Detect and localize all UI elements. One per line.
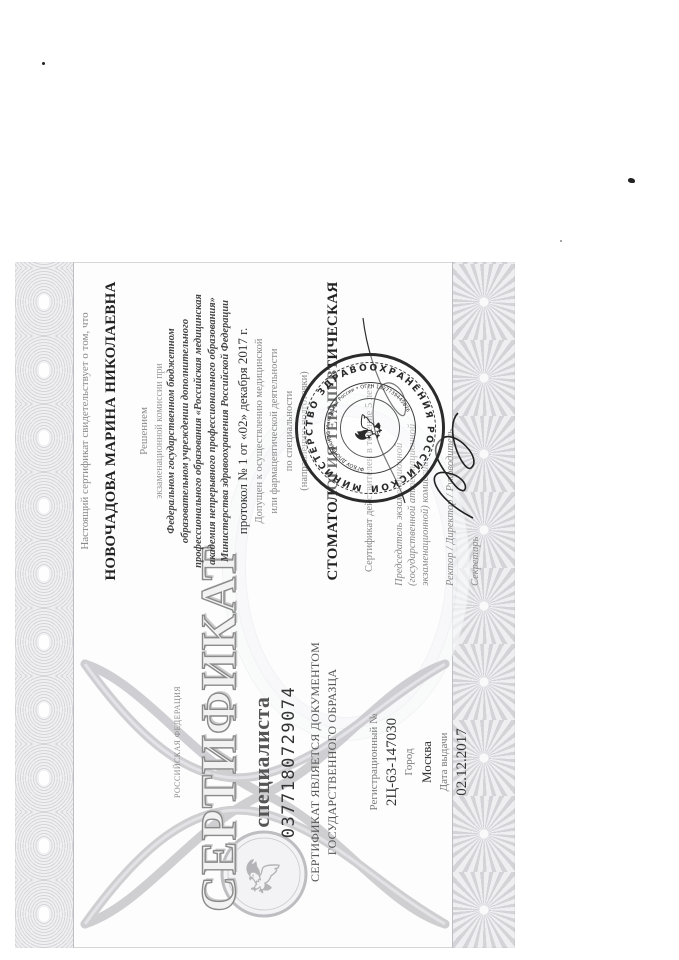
admission-line: или фармацевтической деятельности xyxy=(268,266,281,596)
stamp-eagle-icon: 🦅︎ xyxy=(353,410,387,447)
scan-speck xyxy=(628,178,635,183)
issue-date-value: 02.12.2017 xyxy=(452,612,472,912)
admission-line: Допущен к осуществлению медицинской xyxy=(253,266,266,596)
scan-speck xyxy=(560,240,562,242)
country-label: РОССИЙСКАЯ ФЕДЕРАЦИЯ xyxy=(173,642,182,842)
rector-label: Ректор / Директор / Руководитель xyxy=(444,266,457,586)
holder-name: НОВОЧАДОВА МАРИНА НИКОЛАЕВНА xyxy=(103,266,120,596)
organization-line: образовательном учреждении дополнительно… xyxy=(179,266,193,596)
issue-date-label: Дата выдачи xyxy=(437,612,452,912)
registration-block: Регистрационный № 2Ц-63-147030 Город Мос… xyxy=(367,612,472,912)
city-value: Москва xyxy=(417,612,437,912)
border-line xyxy=(73,262,74,948)
organization-line: профессионального образования «Российска… xyxy=(192,266,206,596)
certificate-title: СЕРТИФИКАТ xyxy=(189,612,247,912)
official-stamp: МИНИСТЕРСТВО ЗДРАВООХРАНЕНИЯ РОССИЙСКОЙ … xyxy=(285,343,454,512)
admission-line: по специальности xyxy=(283,266,296,596)
note-line: ГОСУДАРСТВЕННОГО ОБРАЗЦА xyxy=(324,612,341,912)
registration-label: Регистрационный № xyxy=(367,612,382,912)
city-label: Город xyxy=(402,612,417,912)
certificate-number: 0377180729074 xyxy=(279,612,299,912)
certificate: 🦅︎ РОССИЙСКАЯ ФЕДЕРАЦИЯ СЕРТИФИКАТ специ… xyxy=(15,262,515,948)
organization-name: Федеральном государственном бюджетном об… xyxy=(165,266,233,596)
intro-text: Настоящий сертификат свидетельствует о т… xyxy=(79,266,91,596)
certificate-subtitle: специалиста xyxy=(249,612,275,912)
organization-line: Министерства здравоохранения Российской … xyxy=(219,266,233,596)
secretary-label: Секретарь xyxy=(469,266,482,586)
certificate-left-column: РОССИЙСКАЯ ФЕДЕРАЦИЯ СЕРТИФИКАТ специали… xyxy=(77,592,451,912)
registration-number: 2Ц-63-147030 xyxy=(382,612,402,912)
organization-line: Федеральном государственном бюджетном xyxy=(165,266,179,596)
decision-label: Решением xyxy=(138,266,150,596)
protocol-text: протокол № 1 от «02» декабря 2017 г. xyxy=(235,266,251,596)
state-document-note: СЕРТИФИКАТ ЯВЛЯЕТСЯ ДОКУМЕНТОМ ГОСУДАРСТ… xyxy=(307,612,341,912)
commission-text: экзаменационной комиссии при xyxy=(154,266,165,596)
ornamental-border-top xyxy=(15,262,73,948)
scan-speck xyxy=(42,62,45,65)
organization-line: академия непрерывного профессионального … xyxy=(206,266,220,596)
note-line: СЕРТИФИКАТ ЯВЛЯЕТСЯ ДОКУМЕНТОМ xyxy=(307,612,324,912)
